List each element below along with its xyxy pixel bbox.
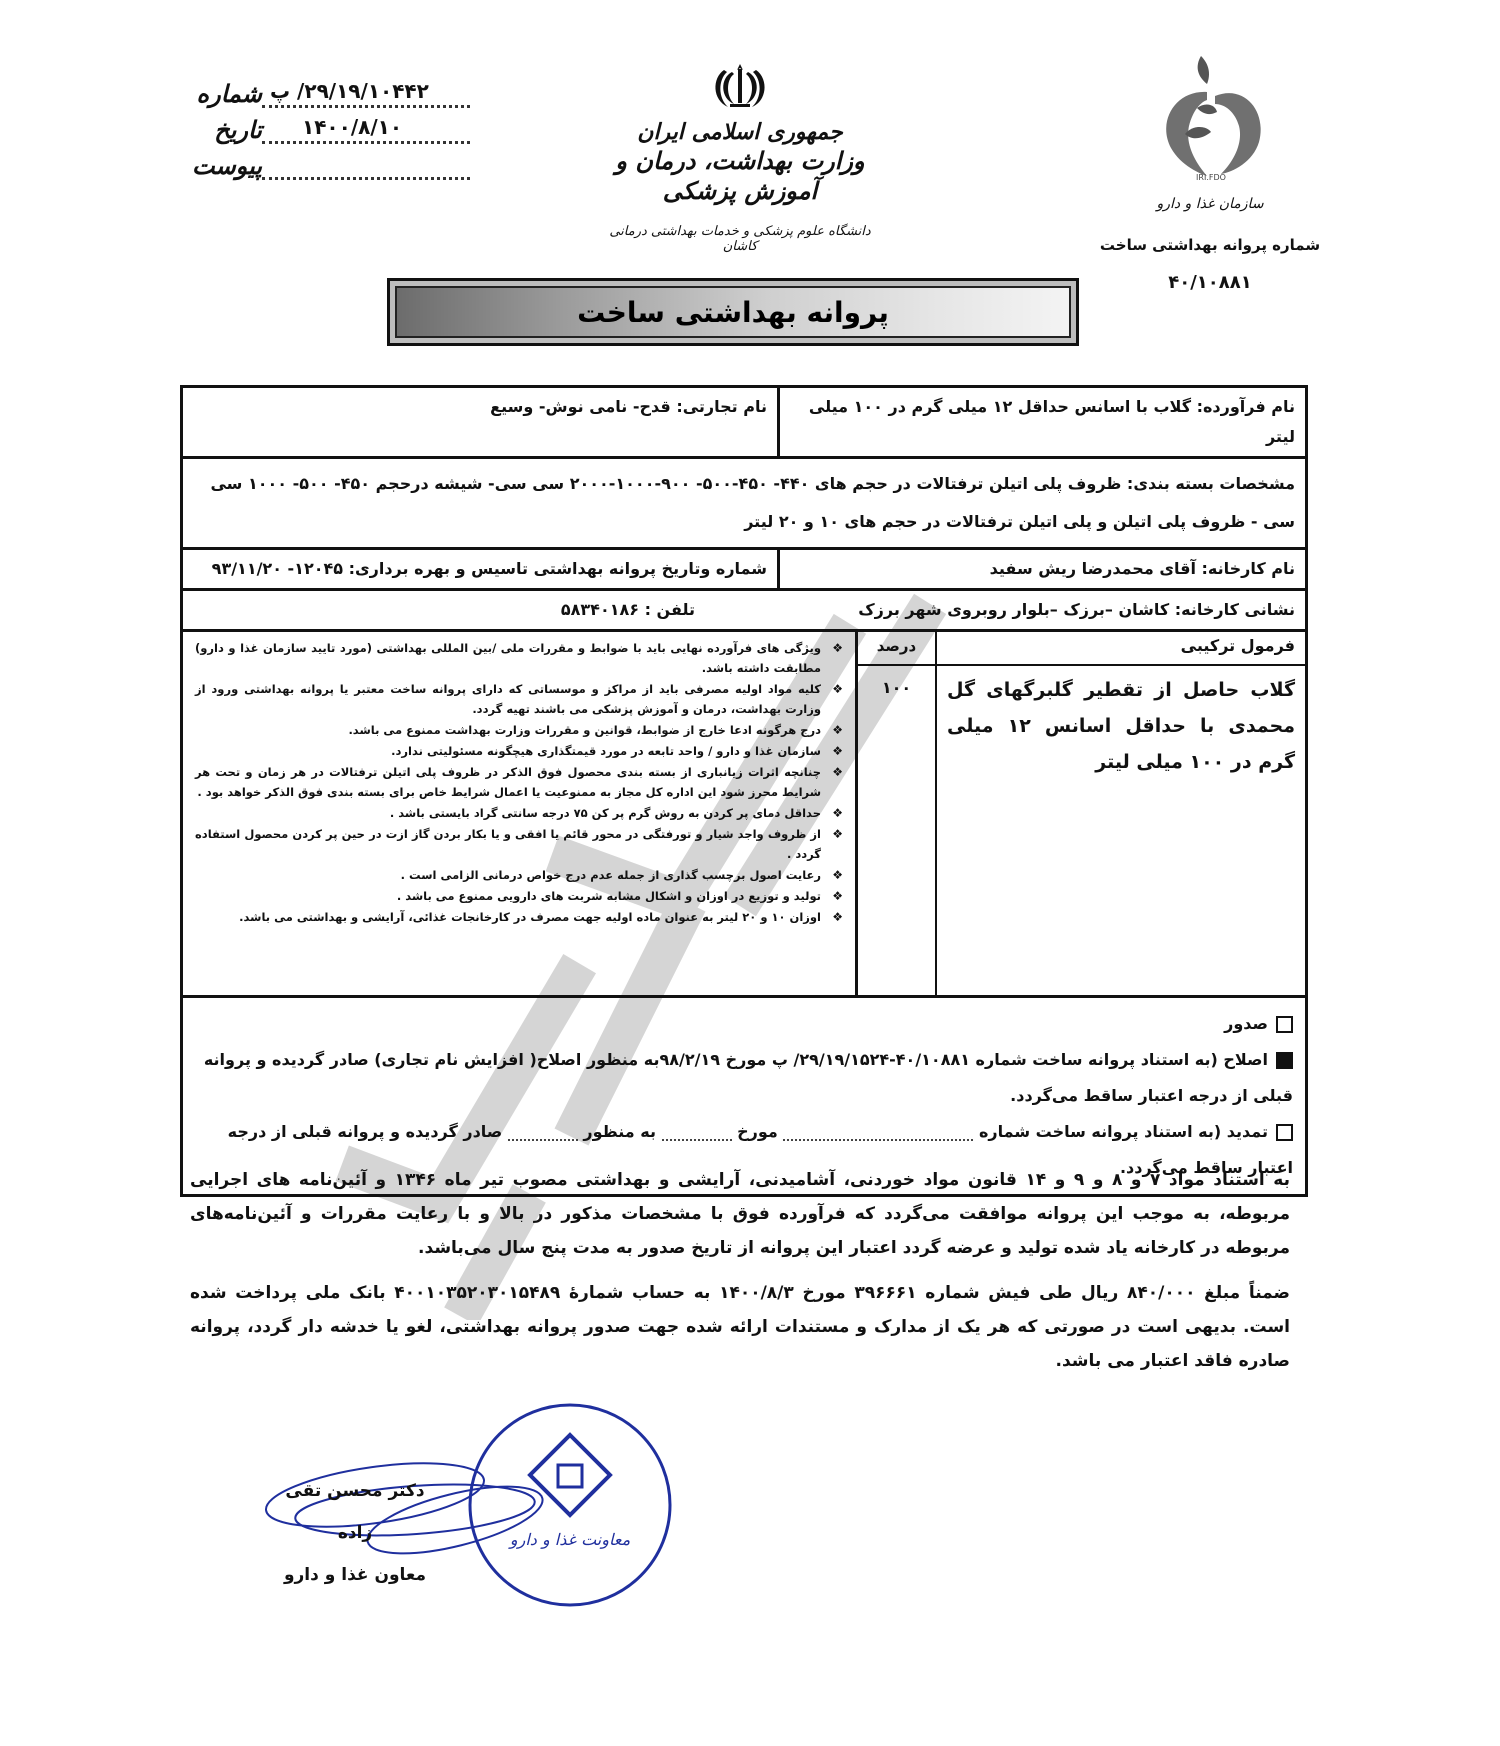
reference-number-line: ۲۹/۱۹/۱۰۴۴۲/ پ (262, 79, 470, 108)
status-amendment: اصلاح (به استناد پروانه ساخت شماره ۴۰/۱۰… (195, 1042, 1293, 1114)
reference-date-value: ۱۴۰۰/۸/۱۰ (302, 115, 402, 139)
iran-emblem-icon (710, 60, 770, 110)
reference-number-row: ۲۹/۱۹/۱۰۴۴۲/ پ شماره (200, 72, 470, 108)
document-title: پروانه بهداشتی ساخت (577, 296, 889, 329)
reference-number-label: شماره (200, 79, 262, 108)
renewal-purpose-field (508, 1125, 578, 1141)
organization-name: سازمان غذا و دارو (1090, 196, 1330, 212)
condition-item: ❖از ظروف واجد شیار و تورفتگی در محور قائ… (195, 824, 845, 864)
condition-item: ❖رعایت اصول برچسب گذاری از جمله عدم درج … (195, 865, 845, 885)
organization-header: IRI.FDO سازمان غذا و دارو شماره پروانه ب… (1090, 52, 1330, 293)
factory-address-cell: نشانی کارخانه: کاشان –برزک –بلوار روبروی… (705, 591, 1305, 629)
ministry-header: جمهوری اسلامی ایران وزارت بهداشت، درمان … (600, 60, 880, 254)
issue-checkbox[interactable] (1276, 1016, 1293, 1033)
diamond-bullet-icon: ❖ (832, 638, 843, 658)
signatory-name: دکتر محسن تقی زاده (270, 1470, 440, 1554)
renewal-date-field (662, 1125, 732, 1141)
diamond-bullet-icon: ❖ (832, 824, 843, 844)
composition-notes-section: فرمول ترکیبی درصد گلاب حاصل از تقطیر گلب… (183, 632, 1305, 998)
signatory-block: دکتر محسن تقی زاده معاون غذا و دارو (270, 1470, 440, 1596)
establishment-license-cell: شماره وتاریخ پروانه بهداشتی تاسیس و بهره… (183, 550, 777, 588)
university-name: دانشگاه علوم پزشکی و خدمات بهداشتی درمان… (600, 224, 880, 254)
license-number-value: ۴۰/۱۰۸۸۱ (1090, 272, 1330, 293)
condition-item: ❖تولید و توزیع در اوزان و اشکال مشابه شر… (195, 886, 845, 906)
packaging-row: مشخصات بسته بندی: ظروف پلی اتیلن ترفتالا… (183, 459, 1305, 550)
condition-item: ❖کلیه مواد اولیه مصرفی باید از مراکز و م… (195, 679, 845, 719)
condition-item: ❖درج هرگونه ادعا خارج از ضوابط، قوانین و… (195, 720, 845, 740)
diamond-bullet-icon: ❖ (832, 762, 843, 782)
diamond-bullet-icon: ❖ (832, 720, 843, 740)
diamond-bullet-icon: ❖ (832, 803, 843, 823)
food-and-drug-organization-logo: IRI.FDO (1145, 52, 1275, 182)
brand-name-cell: نام تجارتی: قدح- نامی نوش- وسیع (183, 388, 777, 456)
license-form-table: نام فرآورده: گلاب با اسانس حداقل ۱۲ میلی… (180, 385, 1308, 1197)
reference-attachment-line (262, 151, 470, 180)
diamond-bullet-icon: ❖ (832, 886, 843, 906)
reference-block: ۲۹/۱۹/۱۰۴۴۲/ پ شماره ۱۴۰۰/۸/۱۰ تاریخ پیو… (200, 72, 470, 180)
issue-label: صدور (1224, 1014, 1268, 1033)
renewal-label-1: تمدید (به استناد پروانه ساخت شماره (979, 1122, 1268, 1141)
payment-paragraph: ضمناً مبلغ ۸۴۰/۰۰۰ ریال طی فیش شماره ۳۹۶… (190, 1276, 1290, 1378)
product-name-cell: نام فرآورده: گلاب با اسانس حداقل ۱۲ میلی… (777, 388, 1305, 456)
stamp-text: معاونت غذا و دارو (508, 1530, 631, 1549)
ministry-name: وزارت بهداشت، درمان و آموزش پزشکی (600, 146, 880, 206)
formula-header: فرمول ترکیبی (937, 632, 1305, 664)
composition-row: گلاب حاصل از تقطیر گلبرگهای گل محمدی با … (858, 666, 1305, 995)
packaging-cell: مشخصات بسته بندی: ظروف پلی اتیلن ترفتالا… (183, 459, 1305, 547)
legal-basis-paragraph: به استناد مواد ۷ و ۸ و ۹ و ۱۴ قانون مواد… (190, 1163, 1290, 1265)
reference-date-row: ۱۴۰۰/۸/۱۰ تاریخ (200, 108, 470, 144)
condition-item: ❖اوزان ۱۰ و ۲۰ لیتر به عنوان ماده اولیه … (195, 907, 845, 927)
diamond-bullet-icon: ❖ (832, 907, 843, 927)
license-number-label: شماره پروانه بهداشتی ساخت (1090, 236, 1330, 254)
factory-name-cell: نام کارخانه: آقای محمدرضا ریش سفید (777, 550, 1305, 588)
amendment-label: اصلاح (به استناد پروانه ساخت شماره ۴۰/۱۰… (204, 1050, 1293, 1105)
condition-item: ❖سازمان غذا و دارو / واحد تابعه در مورد … (195, 741, 845, 761)
status-issue: صدور (195, 1006, 1293, 1042)
ingredient-cell: گلاب حاصل از تقطیر گلبرگهای گل محمدی با … (937, 666, 1305, 995)
percent-cell: ۱۰۰ (858, 666, 937, 995)
product-row: نام فرآورده: گلاب با اسانس حداقل ۱۲ میلی… (183, 388, 1305, 459)
percent-header: درصد (858, 632, 937, 664)
composition-header: فرمول ترکیبی درصد (858, 632, 1305, 666)
reference-attachment-label: پیوست (200, 151, 262, 180)
signatory-position: معاون غذا و دارو (270, 1554, 440, 1596)
document-title-banner: پروانه بهداشتی ساخت (387, 278, 1079, 346)
reference-date-line: ۱۴۰۰/۸/۱۰ (262, 115, 470, 144)
diamond-bullet-icon: ❖ (832, 865, 843, 885)
reference-number-value: ۲۹/۱۹/۱۰۴۴۲/ پ (270, 79, 429, 103)
diamond-bullet-icon: ❖ (832, 679, 843, 699)
official-stamp-icon: معاونت غذا و دارو (460, 1395, 680, 1615)
composition-table: فرمول ترکیبی درصد گلاب حاصل از تقطیر گلب… (855, 632, 1305, 995)
reference-attachment-row: پیوست (200, 144, 470, 180)
conditions-list: ❖ویژگی های فرآورده نهایی باید با ضوابط و… (183, 632, 855, 995)
condition-item: ❖ویژگی های فرآورده نهایی باید با ضوابط و… (195, 638, 845, 678)
renewal-number-field (783, 1125, 973, 1141)
phone-cell: تلفن : ۵۸۳۴۰۱۸۶ (183, 591, 705, 629)
diamond-bullet-icon: ❖ (832, 741, 843, 761)
address-row: نشانی کارخانه: کاشان –برزک –بلوار روبروی… (183, 591, 1305, 632)
renewal-label-2: مورخ (737, 1122, 778, 1141)
reference-date-label: تاریخ (200, 115, 262, 144)
condition-item: ❖چنانچه اثرات زیانباری از بسته بندی محصو… (195, 762, 845, 802)
logo-caption-small: IRI.FDO (1196, 173, 1226, 182)
republic-name: جمهوری اسلامی ایران (600, 118, 880, 146)
factory-row: نام کارخانه: آقای محمدرضا ریش سفید شماره… (183, 550, 1305, 591)
renewal-checkbox[interactable] (1276, 1124, 1293, 1141)
renewal-label-3: به منظور (583, 1122, 656, 1141)
condition-item: ❖حداقل دمای پر کردن به روش گرم پر کن ۷۵ … (195, 803, 845, 823)
amendment-checkbox[interactable] (1276, 1052, 1293, 1069)
